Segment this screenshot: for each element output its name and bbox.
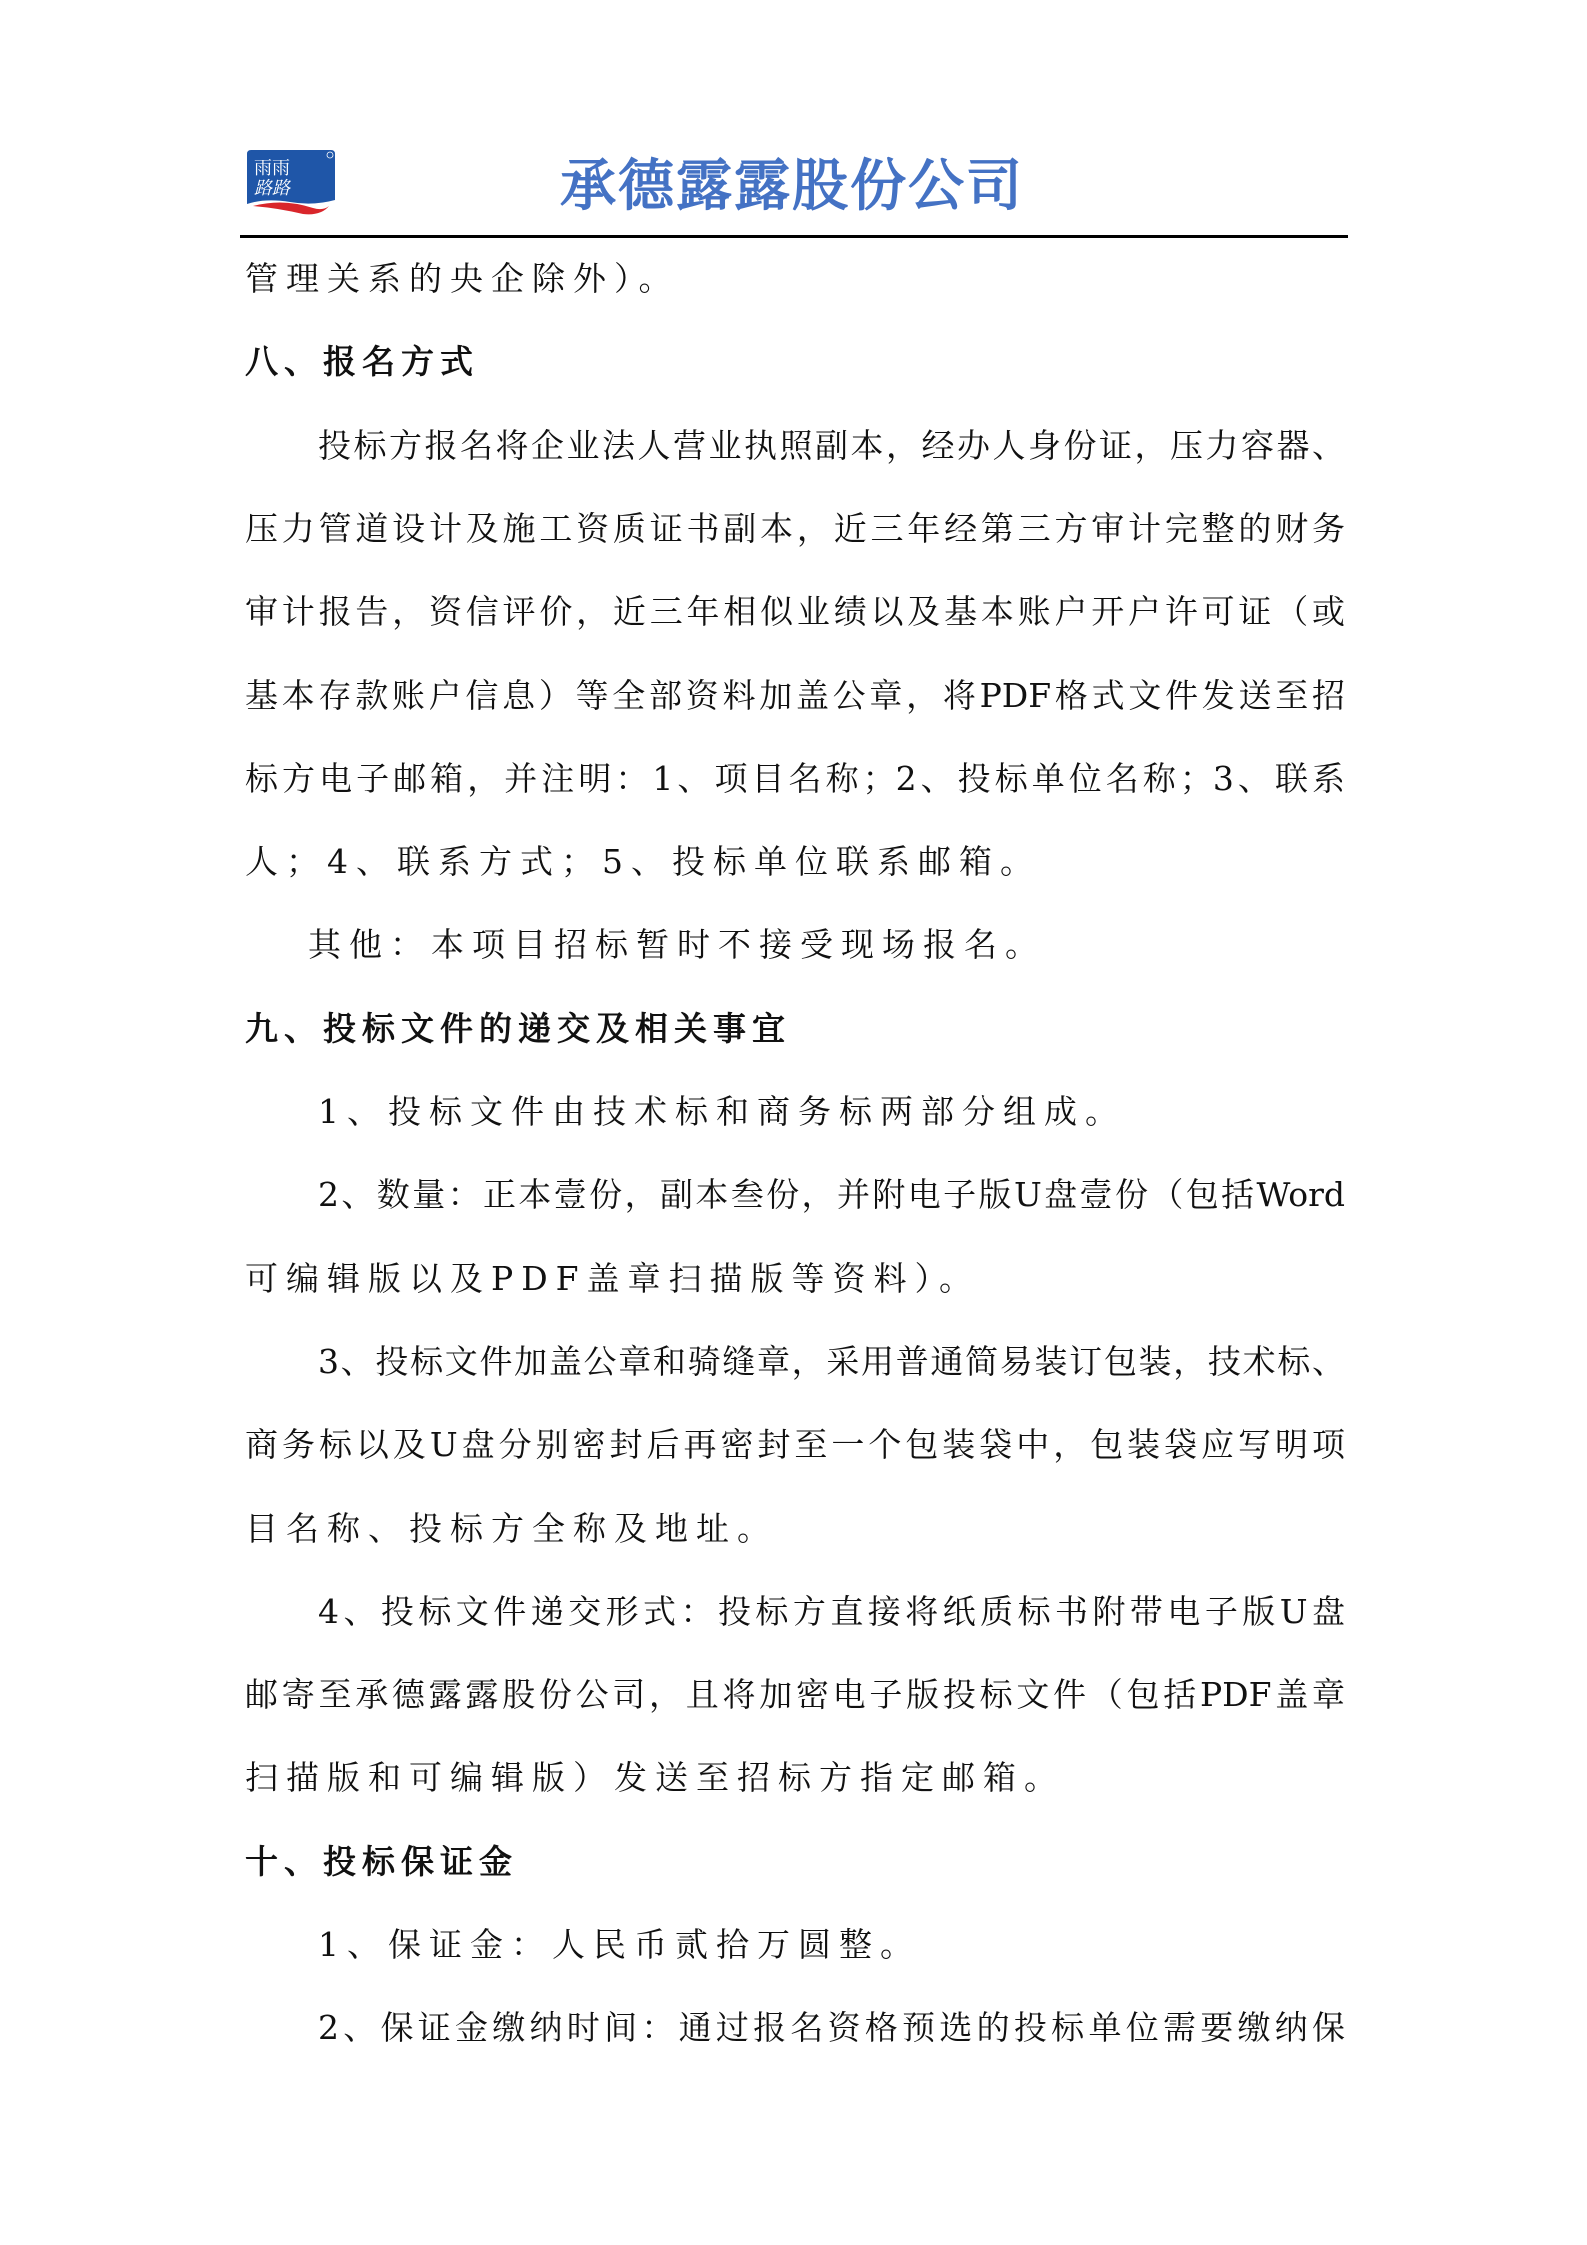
- text-line: 目名称、投标方全称及地址。: [245, 1509, 1345, 1549]
- header-divider: [240, 235, 1348, 238]
- text-line: 扫描版和可编辑版）发送至招标方指定邮箱。: [245, 1758, 1345, 1798]
- section-heading: 十、投标保证金: [245, 1842, 1345, 1882]
- text-line: 管理关系的央企除外）。: [245, 259, 1345, 299]
- text-line: 1、投标文件由技术标和商务标两部分组成。: [245, 1092, 1345, 1132]
- text-line: 标方电子邮箱，并注明：1、项目名称；2、投标单位名称；3、联系: [245, 759, 1345, 799]
- section-heading: 八、报名方式: [245, 342, 1345, 382]
- svg-text:雨雨: 雨雨: [254, 158, 290, 179]
- text-line: 人；4、联系方式；5、投标单位联系邮箱。: [245, 842, 1345, 882]
- text-line: 3、投标文件加盖公章和骑缝章，采用普通简易装订包装，技术标、: [245, 1342, 1345, 1382]
- text-line: 投标方报名将企业法人营业执照副本，经办人身份证，压力容器、: [245, 426, 1345, 466]
- section-heading: 九、投标文件的递交及相关事宜: [245, 1009, 1345, 1049]
- text-line: 邮寄至承德露露股份公司，且将加密电子版投标文件（包括PDF盖章: [245, 1675, 1345, 1715]
- text-line: 可编辑版以及PDF盖章扫描版等资料）。: [245, 1259, 1345, 1299]
- text-line: 2、数量：正本壹份，副本叁份，并附电子版U盘壹份（包括Word: [245, 1175, 1345, 1215]
- text-line: 压力管道设计及施工资质证书副本，近三年经第三方审计完整的财务: [245, 509, 1345, 549]
- svg-text:路路: 路路: [254, 178, 292, 199]
- text-line: 1、保证金：人民币贰拾万圆整。: [245, 1925, 1345, 1965]
- text-line: 4、投标文件递交形式：投标方直接将纸质标书附带电子版U盘: [245, 1592, 1345, 1632]
- text-line: 2、保证金缴纳时间：通过报名资格预选的投标单位需要缴纳保: [245, 2008, 1345, 2048]
- text-line: 其他：本项目招标暂时不接受现场报名。: [245, 925, 1345, 965]
- text-line: 审计报告，资信评价，近三年相似业绩以及基本账户开户许可证（或: [245, 592, 1345, 632]
- text-line: 商务标以及U盘分别密封后再密封至一个包装袋中，包装袋应写明项: [245, 1425, 1345, 1465]
- company-logo-icon: 雨雨 路路: [243, 148, 338, 218]
- company-name: 承德露露股份公司: [560, 152, 1040, 222]
- text-line: 基本存款账户信息）等全部资料加盖公章，将PDF格式文件发送至招: [245, 676, 1345, 716]
